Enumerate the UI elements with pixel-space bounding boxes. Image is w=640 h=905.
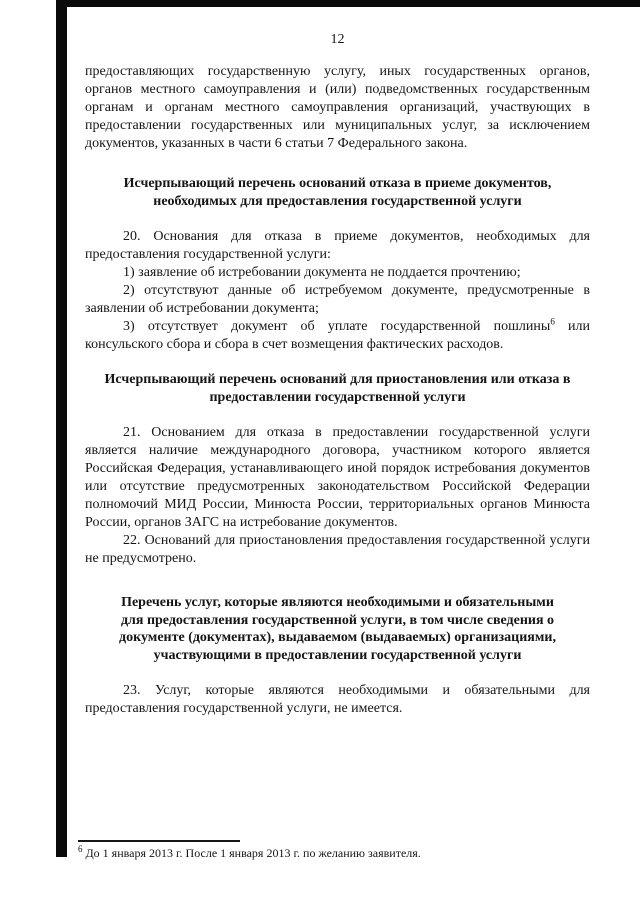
document-page: 12 предоставляющих государственную услуг… bbox=[0, 0, 640, 905]
scan-artifact-top-edge bbox=[56, 0, 640, 7]
list-item-3: 3) отсутствует документ об уплате госуда… bbox=[85, 318, 590, 354]
heading-line: Исчерпывающий перечень оснований отказа … bbox=[85, 175, 590, 193]
paragraph-22: 22. Оснований для приостановления предос… bbox=[85, 532, 590, 568]
footnote-marker: 6 bbox=[78, 844, 83, 854]
heading-line: для предоставления государственной услуг… bbox=[85, 612, 590, 630]
section-heading-suspension-or-refusal: Исчерпывающий перечень оснований для при… bbox=[85, 371, 590, 406]
list-item-1: 1) заявление об истребовании документа н… bbox=[85, 264, 590, 282]
page-number: 12 bbox=[85, 31, 590, 49]
list-item-2: 2) отсутствуют данные об истребуемом док… bbox=[85, 282, 590, 318]
heading-line: участвующими в предоставлении государств… bbox=[85, 647, 590, 665]
heading-line: Перечень услуг, которые являются необход… bbox=[85, 594, 590, 612]
scan-artifact-left-edge bbox=[56, 0, 67, 857]
footnote-body: До 1 января 2013 г. После 1 января 2013 … bbox=[86, 846, 421, 860]
list-item-3-text: 3) отсутствует документ об уплате госуда… bbox=[123, 319, 550, 334]
paragraph-21: 21. Основанием для отказа в предоставлен… bbox=[85, 424, 590, 532]
section-heading-required-services: Перечень услуг, которые являются необход… bbox=[85, 594, 590, 664]
paragraph-intro-continuation: предоставляющих государственную услугу, … bbox=[85, 63, 590, 153]
heading-line: Исчерпывающий перечень оснований для при… bbox=[85, 371, 590, 389]
heading-line: необходимых для предоставления государст… bbox=[85, 193, 590, 211]
paragraph-20: 20. Основания для отказа в приеме докуме… bbox=[85, 228, 590, 264]
heading-line: документе (документах), выдаваемом (выда… bbox=[85, 629, 590, 647]
paragraph-23: 23. Услуг, которые являются необходимыми… bbox=[85, 682, 590, 718]
footnote-text: 6 До 1 января 2013 г. После 1 января 201… bbox=[78, 846, 590, 861]
section-heading-refusal-of-documents: Исчерпывающий перечень оснований отказа … bbox=[85, 175, 590, 210]
document-content: предоставляющих государственную услугу, … bbox=[85, 63, 590, 718]
heading-line: предоставлении государственной услуги bbox=[85, 389, 590, 407]
footnote: 6 До 1 января 2013 г. После 1 января 201… bbox=[78, 840, 590, 861]
footnote-divider bbox=[78, 840, 240, 842]
